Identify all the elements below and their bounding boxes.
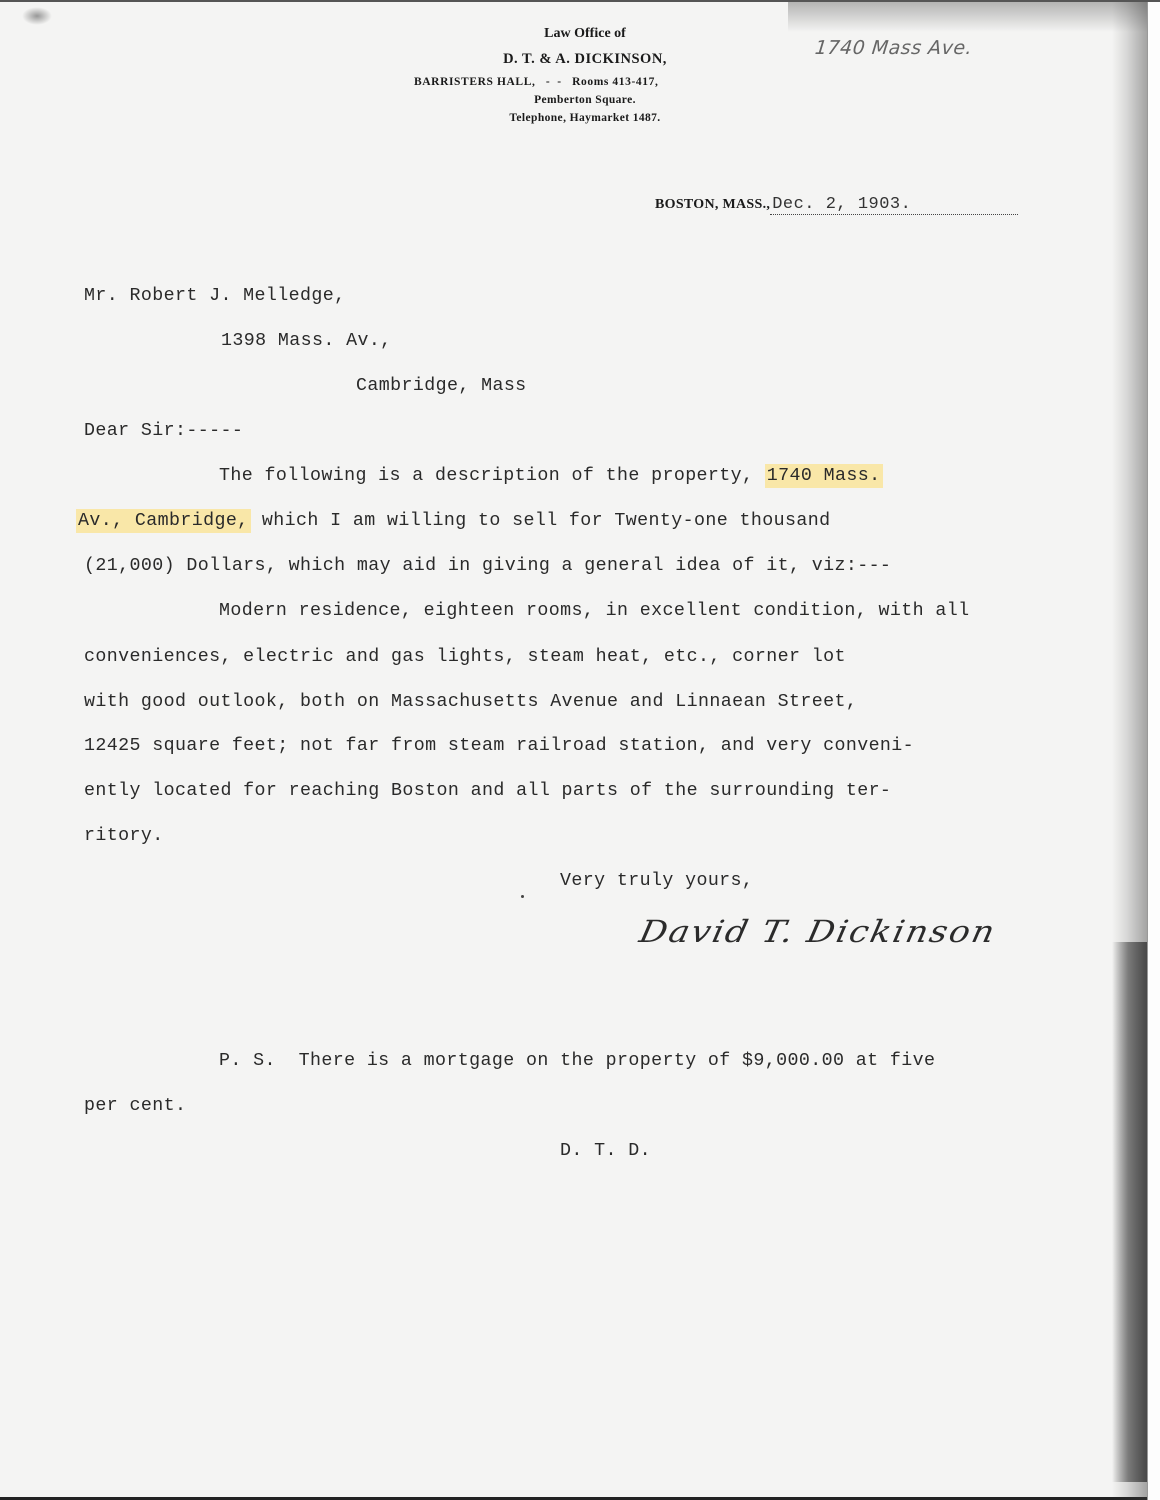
page-edge <box>1147 2 1160 1500</box>
letterhead-title: Law Office of <box>400 26 770 42</box>
scan-smudge <box>22 7 52 25</box>
dateline-place: BOSTON, MASS., <box>655 197 770 213</box>
recipient-street: 1398 Mass. Av., <box>221 331 392 351</box>
postscript-line: P. S. There is a mortgage on the propert… <box>219 1051 935 1071</box>
handwritten-note: 1740 Mass Ave. <box>814 37 974 59</box>
scan-shadow-right-dark <box>1112 942 1148 1482</box>
highlighted-address: 1740 Mass. <box>765 464 883 488</box>
dateline-date: Dec. 2, 1903. <box>770 195 1018 215</box>
body-line: The following is a description of the pr… <box>219 466 883 486</box>
dateline: BOSTON, MASS., Dec. 2, 1903. <box>655 195 1018 215</box>
body-text: The following is a description of the pr… <box>219 466 765 486</box>
body-line: with good outlook, both on Massachusetts… <box>84 692 857 712</box>
closing: Very truly yours, <box>560 871 753 891</box>
postscript-line: per cent. <box>84 1096 186 1116</box>
letterhead-telephone: Telephone, Haymarket 1487. <box>400 111 770 125</box>
body-line: ritory. <box>84 826 164 846</box>
salutation: Dear Sir:----- <box>84 421 243 441</box>
letterhead-firm: D. T. & A. DICKINSON, <box>400 51 770 67</box>
ink-dot <box>521 895 524 898</box>
postscript-initials: D. T. D. <box>560 1141 651 1161</box>
body-line: Av., Cambridge, which I am willing to se… <box>76 511 830 531</box>
scan-shadow-top <box>788 2 1148 32</box>
highlighted-address: Av., Cambridge, <box>76 509 251 533</box>
body-line: (21,000) Dollars, which may aid in givin… <box>84 556 891 576</box>
body-text: which I am willing to sell for Twenty-on… <box>251 511 831 531</box>
recipient-name: Mr. Robert J. Melledge, <box>84 286 346 306</box>
body-line: ently located for reaching Boston and al… <box>84 781 891 801</box>
signature: David T. Dickinson <box>636 914 1000 950</box>
letterhead-address: BARRISTERS HALL, - - Rooms 413-417, <box>400 75 770 89</box>
letterhead-square: Pemberton Square. <box>400 93 770 107</box>
letter-page: Law Office of D. T. & A. DICKINSON, BARR… <box>0 0 1160 1500</box>
letterhead: Law Office of D. T. & A. DICKINSON, BARR… <box>400 26 770 125</box>
body-line: 12425 square feet; not far from steam ra… <box>84 736 914 756</box>
body-line: Modern residence, eighteen rooms, in exc… <box>219 601 969 621</box>
body-line: conveniences, electric and gas lights, s… <box>84 647 846 667</box>
recipient-city: Cambridge, Mass <box>356 376 527 396</box>
